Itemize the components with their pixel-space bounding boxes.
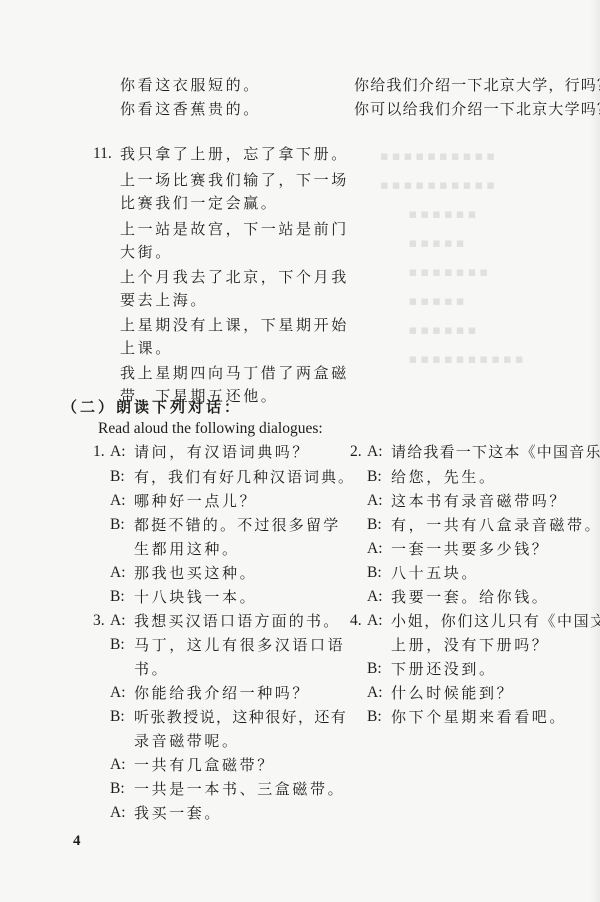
item-11-line: 上一站是故宫，下一站是前门 (120, 219, 349, 239)
dialogue-line: 那我也买这种。 (134, 563, 257, 583)
speaker-label: B: (110, 587, 125, 607)
dialogue-4-number: 4. (350, 611, 362, 631)
dialogue-1-number: 1. (93, 442, 105, 462)
speaker-label: A: (367, 683, 383, 703)
dialogue-line: 哪种好一点儿？ (134, 491, 257, 511)
speaker-label: A: (367, 491, 383, 511)
speaker-label: B: (367, 563, 382, 583)
section-instruction: Read aloud the following dialogues: (98, 419, 323, 439)
dialogue-line: 一共是一本书、三盒磁带。 (134, 779, 345, 799)
dialogue-line: 这本书有录音磁带吗？ (391, 491, 567, 511)
dialogue-line: 我买一套。 (134, 803, 222, 823)
dialogue-line: 你下个星期来看看吧。 (391, 707, 567, 727)
speaker-label: B: (367, 467, 382, 487)
top-right-line-1: 你给我们介绍一下北京大学，行吗？ (354, 75, 600, 95)
item-11-line: 要去上海。 (120, 290, 208, 310)
speaker-label: B: (367, 659, 382, 679)
top-left-line-1: 你看这衣服短的。 (120, 75, 261, 95)
speaker-label: B: (110, 779, 125, 799)
speaker-label: A: (110, 803, 126, 823)
speaker-label: A: (110, 683, 126, 703)
top-right-line-2: 你可以给我们介绍一下北京大学吗？ (354, 99, 600, 119)
dialogue-line: 你能给我介绍一种吗？ (134, 683, 310, 703)
speaker-label: A: (110, 442, 126, 462)
speaker-label: B: (110, 467, 125, 487)
speaker-label: B: (110, 515, 125, 535)
dialogue-line: 一套一共要多少钱？ (391, 539, 549, 559)
item-11-line: 上个月我去了北京，下个月我 (120, 267, 349, 287)
item-11-line: 上一场比赛我们输了，下一场 (120, 170, 349, 190)
speaker-label: A: (110, 611, 126, 631)
item-11-line: 我上星期四向马丁借了两盒磁 (120, 363, 349, 383)
dialogue-line: 十八块钱一本。 (134, 587, 257, 607)
speaker-label: A: (367, 611, 383, 631)
speaker-label: A: (367, 539, 383, 559)
dialogue-line: 都挺不错的。不过很多留学 (134, 515, 340, 535)
item-11-line: 比赛我们一定会赢。 (120, 193, 278, 213)
item-11-line: 上课。 (120, 338, 173, 358)
dialogue-line: 书。 (134, 659, 169, 679)
book-page: ▪▪▪▪▪▪▪▪▪▪▪▪▪▪▪▪▪▪▪▪ ▪▪▪▪▪▪ ▪▪▪▪▪ ▪▪▪▪▪▪… (0, 0, 600, 902)
dialogue-line: 八十五块。 (391, 563, 479, 583)
dialogue-line: 小姐，你们这儿只有《中国文化》 (391, 611, 600, 631)
speaker-label: A: (110, 491, 126, 511)
dialogue-line: 录音磁带呢。 (134, 731, 240, 751)
dialogue-line: 有，一共有八盒录音磁带。 (391, 515, 600, 535)
dialogue-2-number: 2. (350, 442, 362, 462)
speaker-label: B: (367, 515, 382, 535)
bleed-through-texture: ▪▪▪▪▪▪▪▪▪▪▪▪▪▪▪▪▪▪▪▪ ▪▪▪▪▪▪ ▪▪▪▪▪ ▪▪▪▪▪▪… (380, 142, 527, 374)
dialogue-line: 听张教授说，这种很好，还有 (134, 707, 347, 727)
top-left-line-2: 你看这香蕉贵的。 (120, 99, 261, 119)
dialogue-line: 马丁，这儿有很多汉语口语 (134, 635, 345, 655)
speaker-label: A: (367, 587, 383, 607)
dialogue-line: 请给我看一下这本《中国音乐》。 (391, 442, 600, 462)
speaker-label: A: (110, 755, 126, 775)
dialogue-line: 什么时候能到？ (391, 683, 514, 703)
dialogue-3-number: 3. (93, 611, 105, 631)
dialogue-line: 一共有几盒磁带？ (134, 755, 275, 775)
item-11-line: 上星期没有上课，下星期开始 (120, 315, 349, 335)
section-heading: （二）朗读下列对话： (62, 397, 242, 417)
dialogue-line: 有，我们有好几种汉语词典。 (134, 467, 355, 487)
speaker-label: B: (110, 635, 125, 655)
item-11-line: 大街。 (120, 242, 173, 262)
page-number: 4 (73, 833, 81, 850)
speaker-label: B: (367, 707, 382, 727)
item-11-number: 11. (93, 144, 112, 164)
dialogue-line: 请问，有汉语词典吗？ (134, 442, 310, 462)
dialogue-line: 上册，没有下册吗？ (391, 635, 549, 655)
dialogue-line: 我要一套。给你钱。 (391, 587, 549, 607)
dialogue-line: 我想买汉语口语方面的书。 (134, 611, 340, 631)
dialogue-line: 下册还没到。 (391, 659, 497, 679)
speaker-label: A: (110, 563, 126, 583)
dialogue-line: 生都用这种。 (134, 539, 240, 559)
speaker-label: A: (367, 442, 383, 462)
item-11-line: 我只拿了上册，忘了拿下册。 (120, 144, 349, 164)
speaker-label: B: (110, 707, 125, 727)
dialogue-line: 给您，先生。 (391, 467, 497, 487)
